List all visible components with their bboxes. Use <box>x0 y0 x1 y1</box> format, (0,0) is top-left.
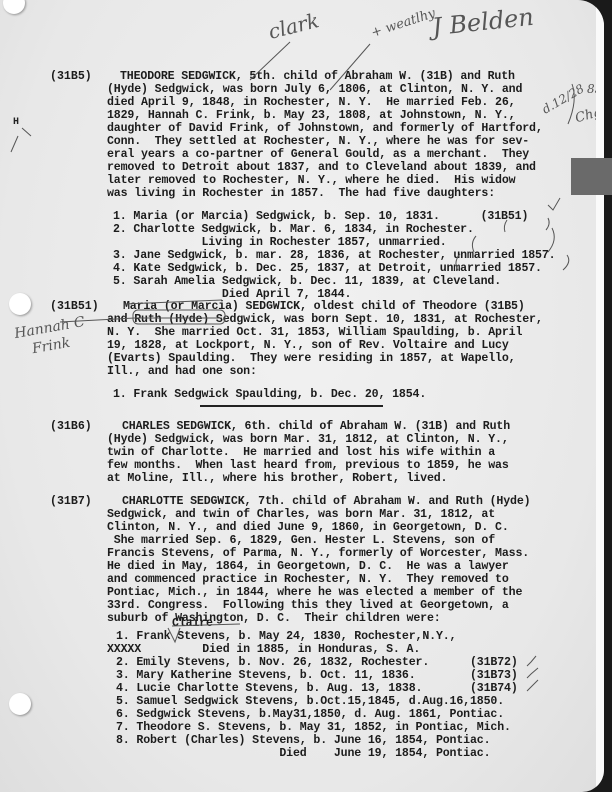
child-list-item: 3. Mary Katherine Stevens, b. Oct. 11, 1… <box>116 669 518 682</box>
child-list-item: 1. Frank Stevens, b. May 24, 1830, Roche… <box>116 630 456 643</box>
child-list-item: 6. Sedgwick Stevens, b.May31,1850, d. Au… <box>116 708 504 721</box>
entry-text-line: Maria (or Marcia) SEDGWICK, oldest child… <box>123 300 525 313</box>
document-page: clark + weatlhy J Belden H d.12/28 85 Ch… <box>0 0 604 792</box>
child-list-item: 3. Jane Sedgwick, b. mar. 28, 1836, at R… <box>113 249 555 262</box>
entry-text-line: Francis Stevens, of Parma, N. Y., former… <box>107 547 529 560</box>
child-list-item: 5. Sarah Amelia Sedgwick, b. Dec. 11, 18… <box>113 275 501 288</box>
margin-mark-h: H <box>13 117 19 128</box>
handwritten-note-clark: clark <box>266 8 321 44</box>
punch-hole-bottom <box>9 693 31 715</box>
entry-text-line: CHARLES SEDGWICK, 6th. child of Abraham … <box>122 420 510 433</box>
child-list-item: XXXXX Died in 1885, in Honduras, S. A. <box>107 643 420 656</box>
entry-text-line: and Ruth (Hyde) Sedgwick, was born Sept.… <box>107 313 543 326</box>
entry-text-line: Clinton, N. Y., and died June 9, 1860, i… <box>107 521 509 534</box>
punch-hole-top <box>3 0 25 14</box>
entry-text-line: Ill., and had one son: <box>107 365 257 378</box>
entry-text-line: later removed to Rochester, N. Y., where… <box>107 174 515 187</box>
entry-text-line: suburb of Washington, D. C. Their childr… <box>107 612 441 625</box>
entry-text-line: 19, 1828, at Lockport, N. Y., son of Rev… <box>107 339 509 352</box>
child-list-item: 2. Emily Stevens, b. Nov. 26, 1832, Roch… <box>116 656 518 669</box>
child-list-item: Living in Rochester 1857, unmarried. <box>113 236 447 249</box>
entry-text-line: CHARLOTTE SEDGWICK, 7th. child of Abraha… <box>122 495 530 508</box>
entry-text-line: (Hyde) Sedgwick, was born July 6, 1806, … <box>107 83 522 96</box>
entry-id: (31B7) <box>50 495 92 508</box>
entry-text-line: Conn. They settled at Rochester, N. Y., … <box>107 135 529 148</box>
entry-text-line: few months. When last heard from, previo… <box>107 459 509 472</box>
child-list-item: 7. Theodore S. Stevens, b. May 31, 1852,… <box>116 721 511 734</box>
entry-text-line: 33rd. Congress. Following this they live… <box>107 599 509 612</box>
entry-text-line: was living in Rochester in 1857. The had… <box>107 187 495 200</box>
entry-id: (31B51) <box>50 300 99 313</box>
entry-text-line: and commenced practice in Rochester, N. … <box>107 573 509 586</box>
entry-text-line: at Moline, Ill., where his brother, Robe… <box>107 472 447 485</box>
entry-text-line: eral years a co-partner of General Gould… <box>107 148 529 161</box>
entry-text-line: THEODORE SEDGWICK, 5th. child of Abraham… <box>120 70 515 83</box>
entry-text-line: N. Y. She married Oct. 31, 1853, William… <box>107 326 522 339</box>
child-list-item: 1. Frank Sedgwick Spaulding, b. Dec. 20,… <box>113 388 426 401</box>
index-tab <box>571 158 612 195</box>
child-list-item: Died June 19, 1854, Pontiac. <box>116 747 490 760</box>
child-list-item: 2. Charlotte Sedgwick, b. Mar. 6, 1834, … <box>113 223 474 236</box>
child-list-item: 8. Robert (Charles) Stevens, b. June 16,… <box>116 734 490 747</box>
entry-text-line: Pontiac, Mich., in 1844, where he was el… <box>107 586 522 599</box>
entry-text-line: Sedgwick, and twin of Charles, was born … <box>107 508 495 521</box>
child-list-item: 1. Maria (or Marcia) Sedgwick, b. Sep. 1… <box>113 210 528 223</box>
entry-text-line: died April 9, 1848, in Rochester, N. Y. … <box>107 96 515 109</box>
entry-id: (31B6) <box>50 420 92 433</box>
entry-text-line: (Evarts) Spaulding. They were residing i… <box>107 352 515 365</box>
section-divider <box>200 405 383 407</box>
entry-id: (31B5) <box>50 70 92 83</box>
page-edge <box>596 0 604 792</box>
entry-text-line: She married Sep. 6, 1829, Gen. Hester L.… <box>107 534 495 547</box>
child-list-item: 4. Kate Sedgwick, b. Dec. 25, 1837, at D… <box>113 262 542 275</box>
entry-text-line: (Hyde) Sedgwick, was born Mar. 31, 1812,… <box>107 433 509 446</box>
entry-text-line: removed to Detroit about 1837, and to Cl… <box>107 161 536 174</box>
entry-text-line: twin of Charlotte. He married and lost h… <box>107 446 495 459</box>
entry-text-line: daughter of David Frink, of Johnstown, a… <box>107 122 543 135</box>
handwritten-note-belden: J Belden <box>431 3 535 41</box>
child-list-item: 4. Lucie Charlotte Stevens, b. Aug. 13, … <box>116 682 518 695</box>
handwritten-note-weatlhy: + weatlhy <box>369 6 437 41</box>
entry-text-line: He died in May, 1864, in Georgetown, D. … <box>107 560 509 573</box>
child-list-item: 5. Samuel Sedgwick Stevens, b.Oct.15,184… <box>116 695 504 708</box>
entry-text-line: 1829, Hannah C. Frink, b. May 23, 1808, … <box>107 109 515 122</box>
inserted-name-claire: Claire <box>172 617 213 630</box>
punch-hole-middle <box>9 293 31 315</box>
